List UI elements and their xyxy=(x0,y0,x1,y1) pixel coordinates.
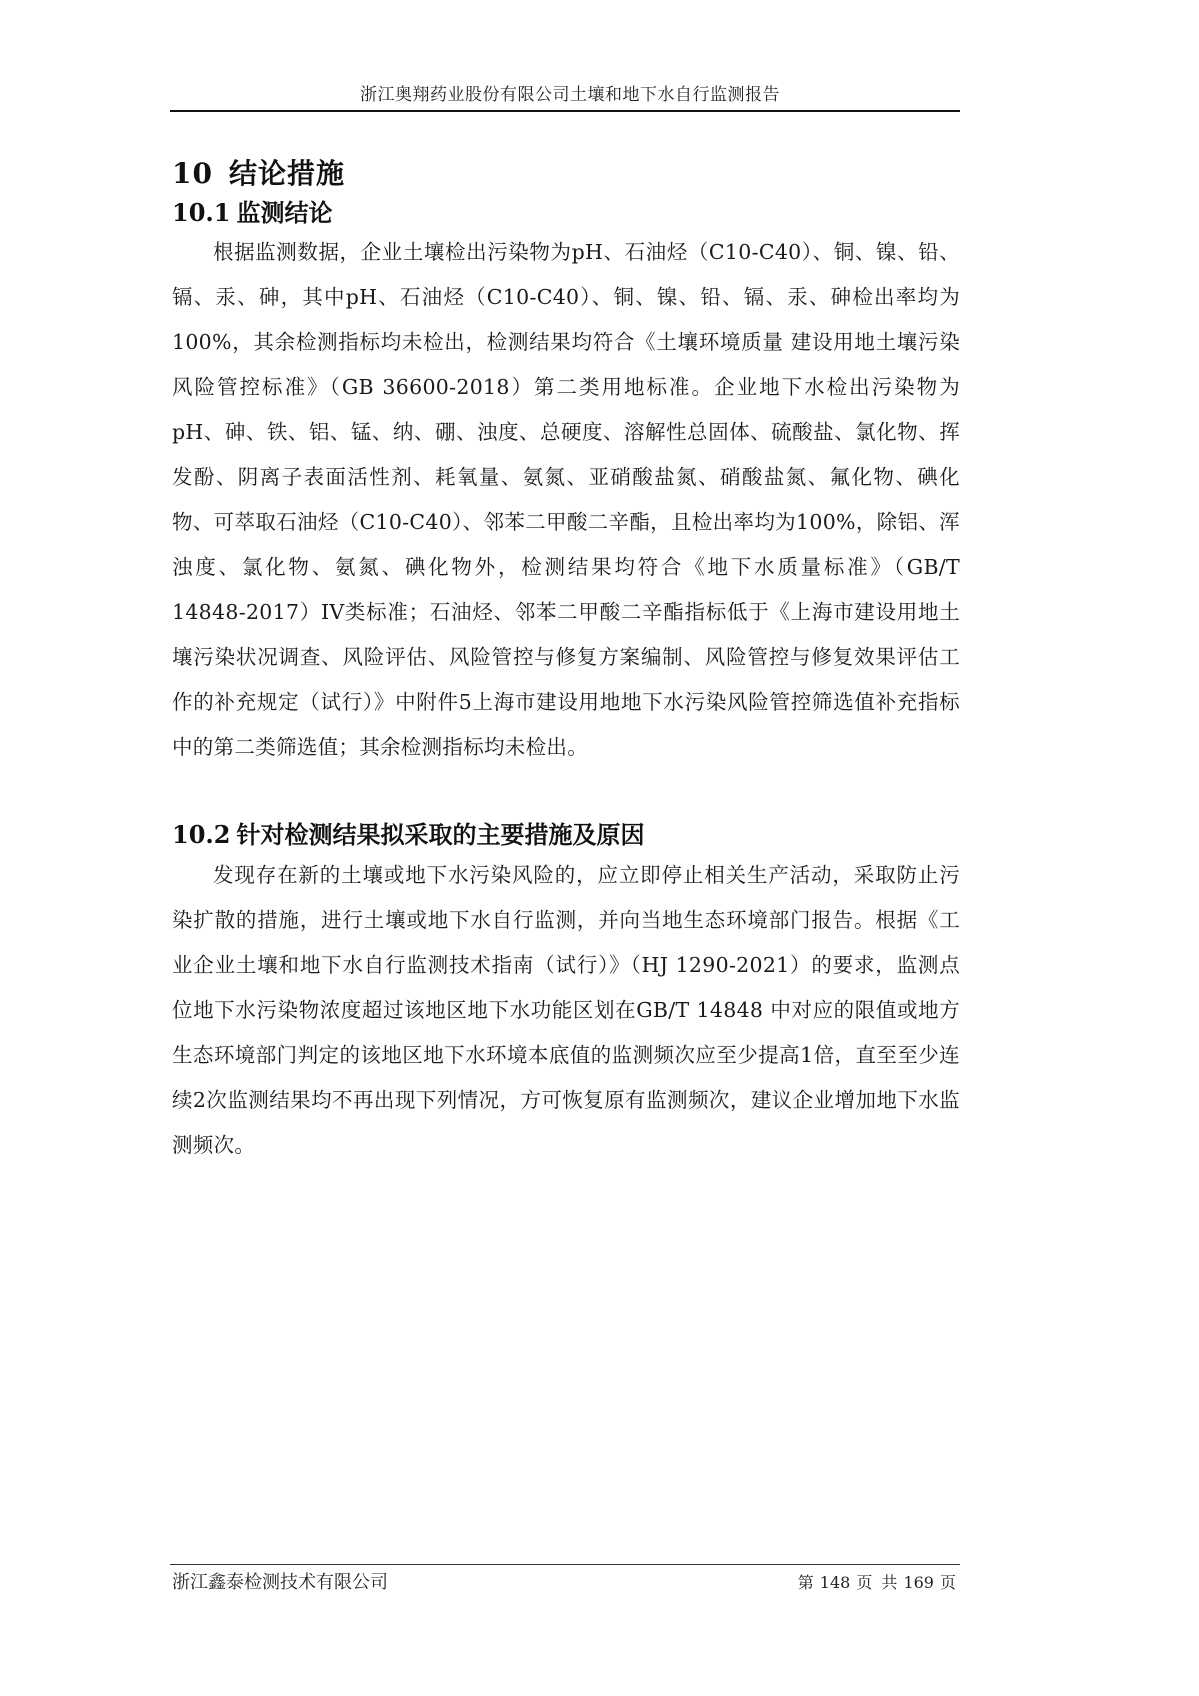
subsection-title: 针对检测结果拟采取的主要措施及原因 xyxy=(236,820,644,849)
subsection-heading-10-1: 10.1监测结论 xyxy=(172,193,332,228)
subsection-number: 10.2 xyxy=(172,820,230,849)
page-total: 169 xyxy=(903,1573,934,1592)
monitoring-conclusion-paragraph: 根据监测数据，企业土壤检出污染物为pH、石油烃（C10-C40）、铜、镍、铅、镉… xyxy=(172,230,960,770)
header-divider xyxy=(170,110,960,112)
page-prefix: 第 xyxy=(798,1573,814,1592)
section-title: 结论措施 xyxy=(229,157,345,190)
page-header: 浙江奥翔药业股份有限公司土壤和地下水自行监测报告 xyxy=(170,80,970,105)
section-number: 10 xyxy=(172,157,213,190)
footer-divider xyxy=(170,1564,960,1565)
page-number: 第148页 共169页 xyxy=(795,1570,959,1593)
header-title: 浙江奥翔药业股份有限公司土壤和地下水自行监测报告 xyxy=(360,85,780,105)
page-current: 148 xyxy=(820,1573,851,1592)
subsection-heading-10-2: 10.2针对检测结果拟采取的主要措施及原因 xyxy=(172,815,644,850)
footer-company: 浙江鑫泰检测技术有限公司 xyxy=(172,1568,388,1594)
subsection-title: 监测结论 xyxy=(236,198,332,227)
section-heading: 10结论措施 xyxy=(172,152,345,192)
page-mid: 页 共 xyxy=(856,1573,897,1592)
measures-paragraph: 发现存在新的土壤或地下水污染风险的，应立即停止相关生产活动，采取防止污染扩散的措… xyxy=(172,853,960,1168)
subsection-number: 10.1 xyxy=(172,198,230,227)
page-suffix: 页 xyxy=(940,1573,956,1592)
